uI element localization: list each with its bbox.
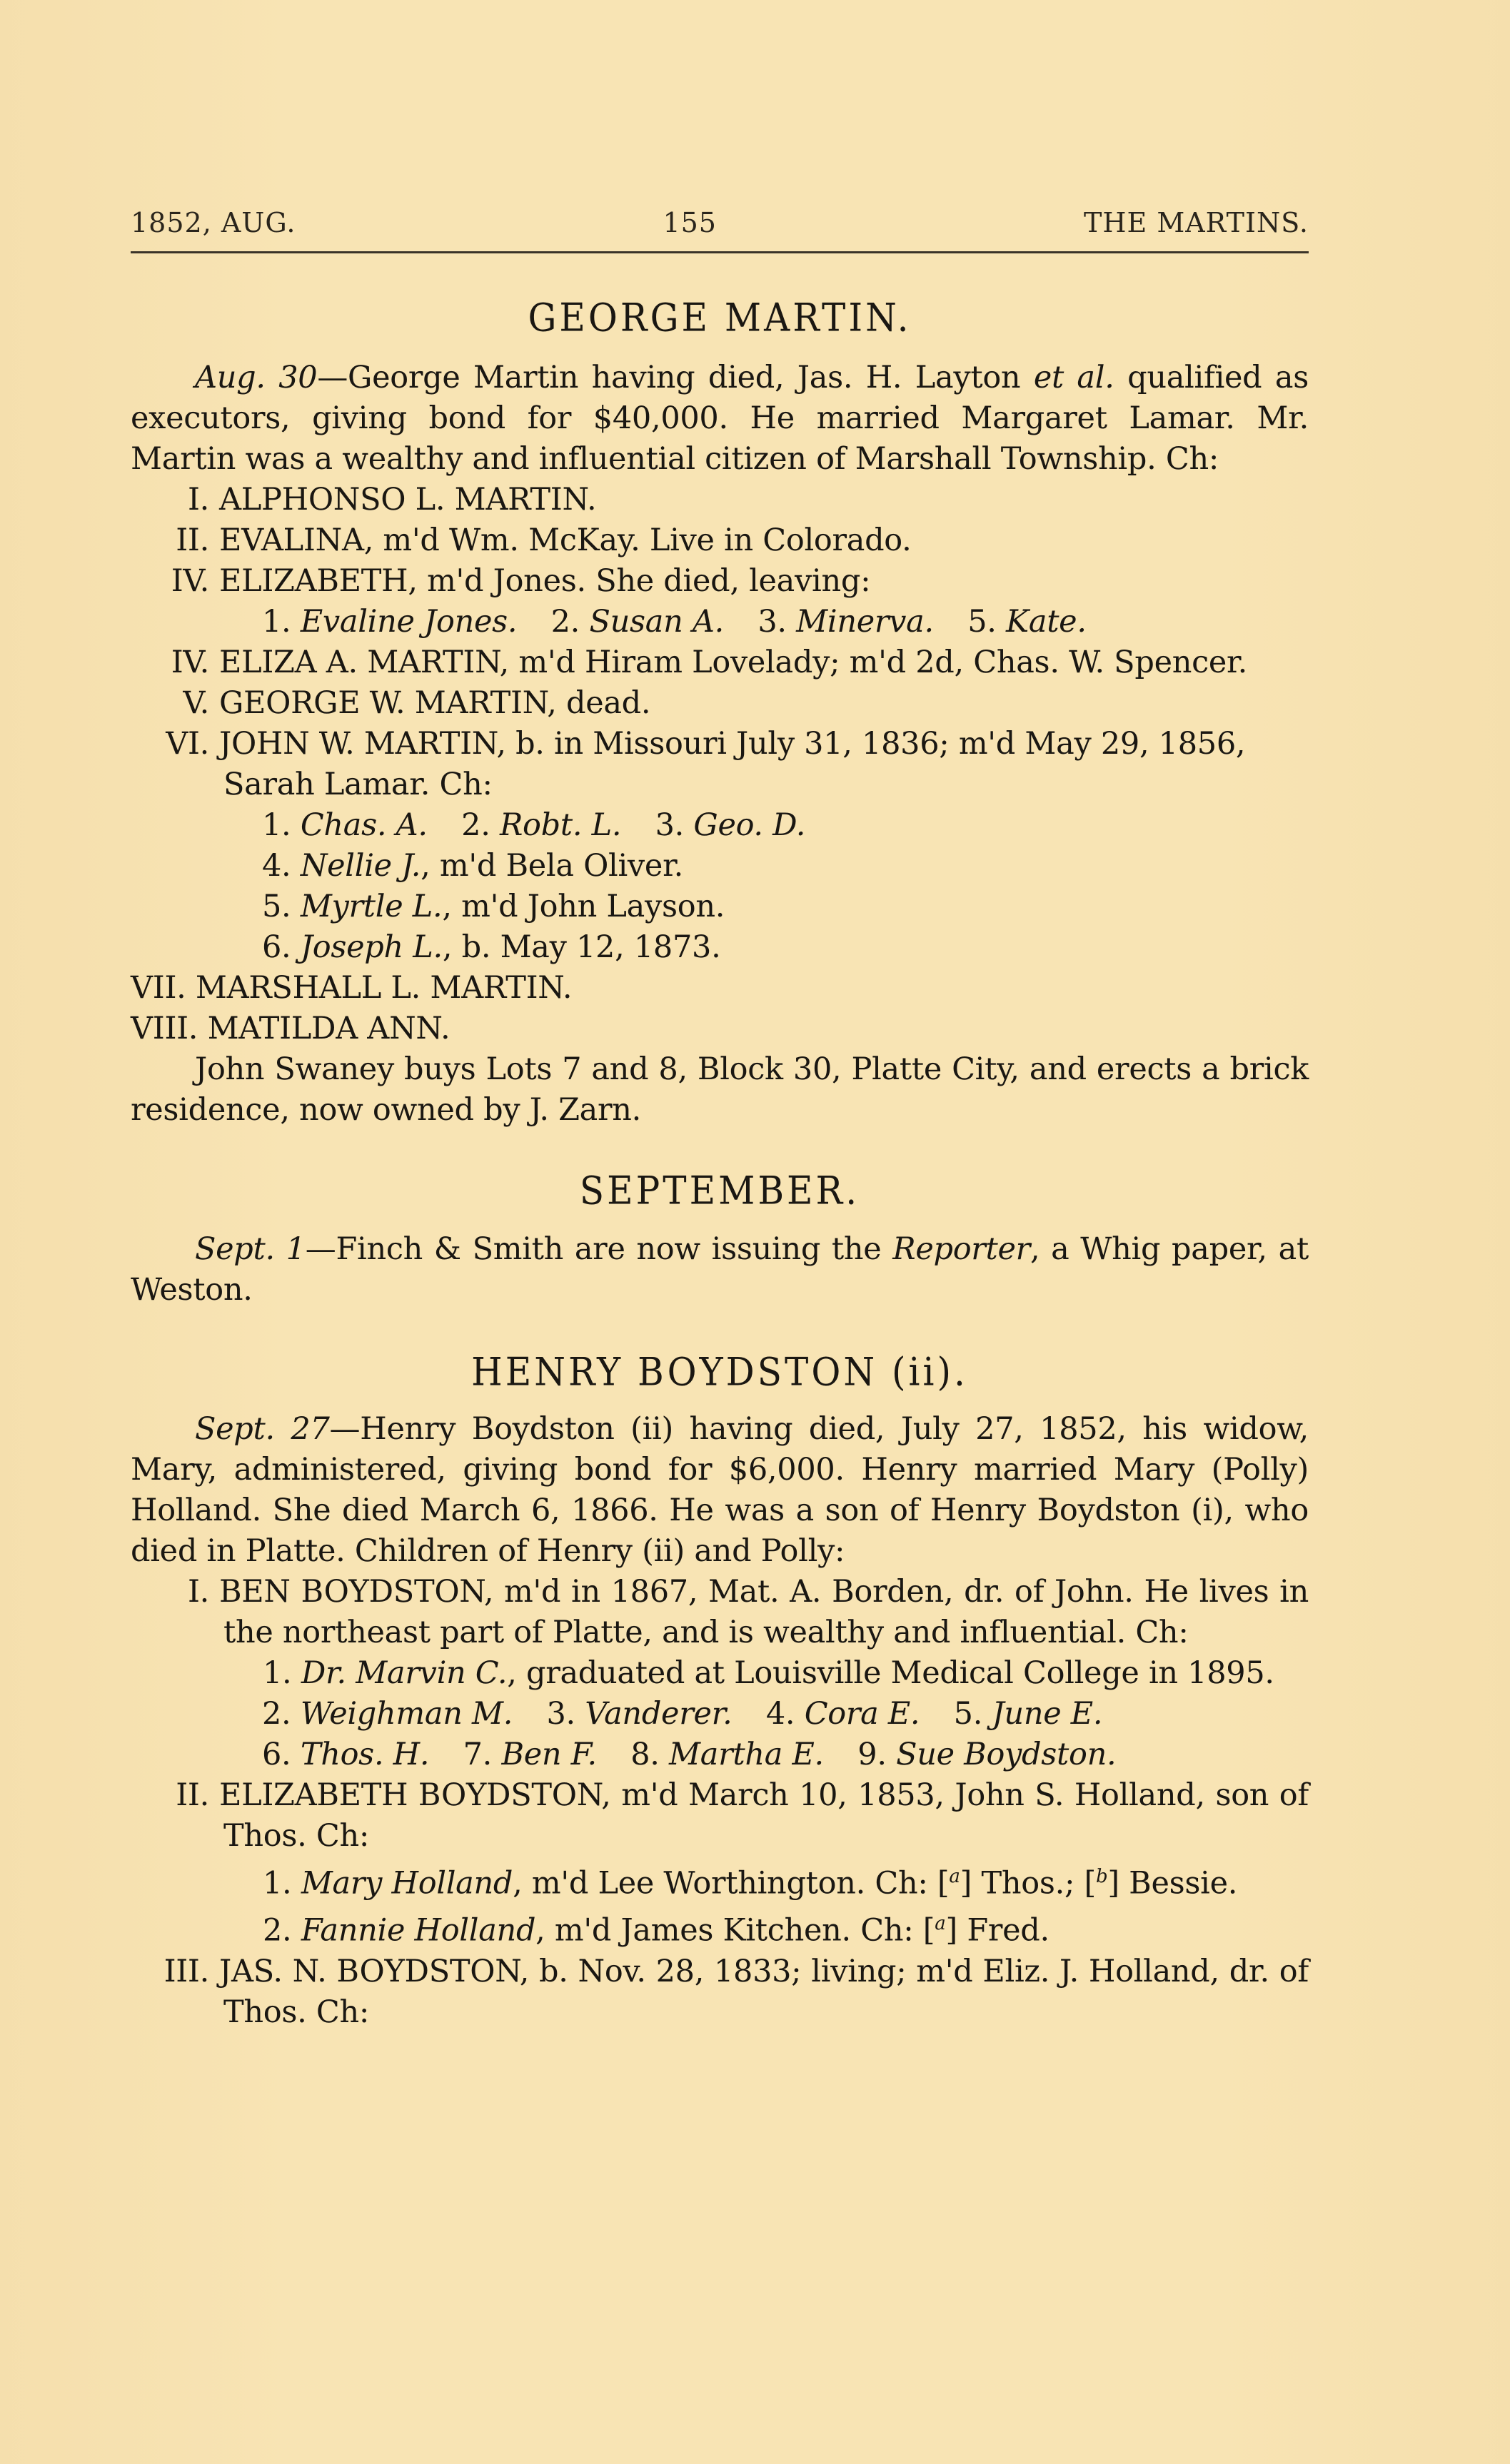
- grandchild-entry: 6. Joseph L., b. May 12, 1873.: [131, 927, 1309, 968]
- child-entry: VI.JOHN W. MARTIN, b. in Missouri July 3…: [131, 724, 1309, 805]
- child-entry: VIII. MATILDA ANN.: [131, 1009, 1309, 1049]
- grandchild-entry: 1. Mary Holland, m'd Lee Worthington. Ch…: [131, 1857, 1309, 1904]
- newspaper-title: Reporter: [892, 1231, 1030, 1267]
- child-entry: I.BEN BOYDSTON, m'd in 1867, Mat. A. Bor…: [131, 1572, 1309, 1653]
- running-head-date: 1852, AUG.: [131, 207, 296, 238]
- child-entry: VII. MARSHALL L. MARTIN.: [131, 968, 1309, 1009]
- child-entry: IV.ELIZA A. MARTIN, m'd Hiram Lovelady; …: [131, 642, 1309, 683]
- child-entry: I.ALPHONSO L. MARTIN.: [131, 480, 1309, 520]
- section-title-september: SEPTEMBER.: [131, 1168, 1309, 1214]
- child-entry: III.JAS. N. BOYDSTON, b. Nov. 28, 1833; …: [131, 1951, 1309, 2033]
- henry-boydston-intro: Sept. 27—Henry Boydston (ii) having died…: [131, 1409, 1309, 1572]
- section-title-henry-boydston: HENRY BOYDSTON (ii).: [131, 1349, 1309, 1395]
- grandchild-entry: 1. Dr. Marvin C., graduated at Louisvill…: [131, 1653, 1309, 1694]
- grandchild-entry: 4. Nellie J., m'd Bela Oliver.: [131, 846, 1309, 887]
- grandchildren-line: 1. Evaline Jones. 2. Susan A. 3. Minerva…: [131, 602, 1309, 642]
- child-entry: II.EVALINA, m'd Wm. McKay. Live in Color…: [131, 520, 1309, 561]
- child-entry: II.ELIZABETH BOYDSTON, m'd March 10, 185…: [131, 1775, 1309, 1857]
- grandchild-entry: 2. Fannie Holland, m'd James Kitchen. Ch…: [131, 1904, 1309, 1951]
- running-head-title: THE MARTINS.: [1084, 207, 1309, 238]
- entry-date: Aug. 30: [195, 360, 317, 395]
- grandchildren-line: 1. Chas. A. 2. Robt. L. 3. Geo. D.: [131, 805, 1309, 846]
- running-head: 1852, AUG. 155 THE MARTINS.: [131, 207, 1309, 247]
- child-entry: V.GEORGE W. MARTIN, dead.: [131, 683, 1309, 724]
- september-entry: Sept. 1—Finch & Smith are now issuing th…: [131, 1229, 1309, 1311]
- section-title-george-martin: GEORGE MARTIN.: [131, 295, 1309, 341]
- child-entry: IV.ELIZABETH, m'd Jones. She died, leavi…: [131, 561, 1309, 602]
- grandchildren-line: 2. Weighman M. 3. Vanderer. 4. Cora E. 5…: [131, 1694, 1309, 1735]
- entry-date: Sept. 27: [195, 1411, 330, 1447]
- book-page: 1852, AUG. 155 THE MARTINS. GEORGE MARTI…: [131, 207, 1309, 2033]
- grandchildren-line: 6. Thos. H. 7. Ben F. 8. Martha E. 9. Su…: [131, 1735, 1309, 1775]
- entry-date: Sept. 1: [195, 1231, 306, 1267]
- grandchild-entry: 5. Myrtle L., m'd John Layson.: [131, 887, 1309, 927]
- page-number: 155: [663, 207, 717, 238]
- george-martin-intro: Aug. 30—George Martin having died, Jas. …: [131, 358, 1309, 480]
- header-rule: [131, 251, 1309, 253]
- swaney-note: John Swaney buys Lots 7 and 8, Block 30,…: [131, 1049, 1309, 1131]
